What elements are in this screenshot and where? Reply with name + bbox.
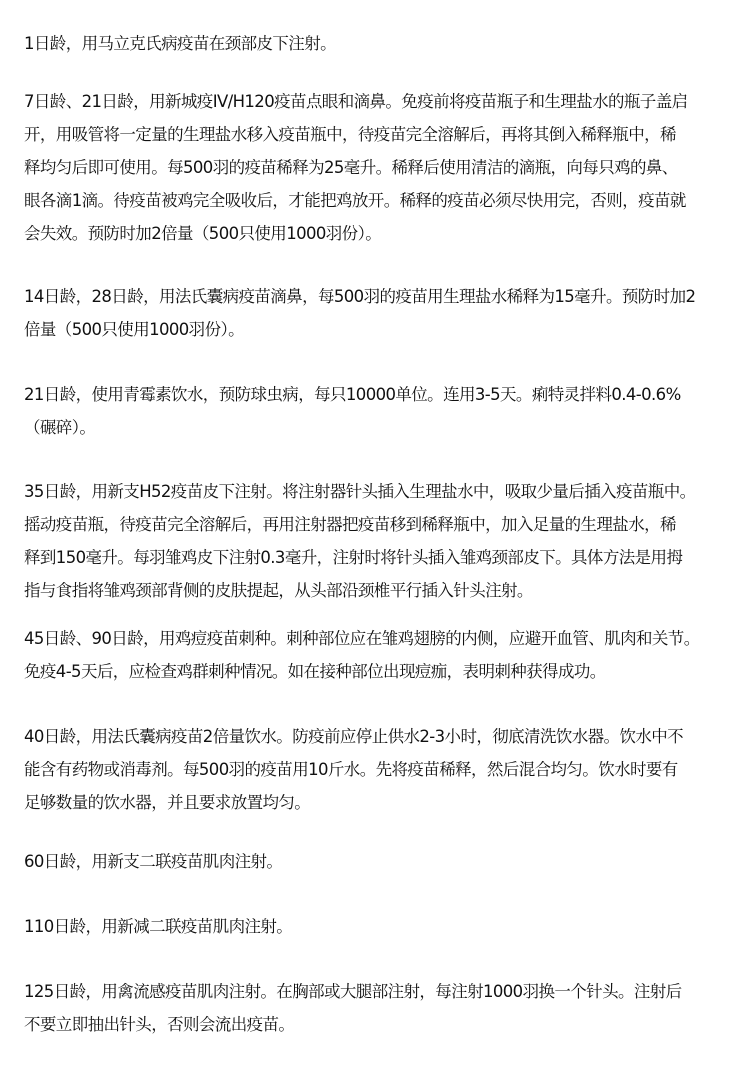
paragraph-day-14-28: 14日龄，28日龄，用法氏囊病疫苗滴鼻，每500羽的疫苗用生理盐水稀释为15毫升… (24, 280, 736, 346)
paragraph-day-60: 60日龄，用新支二联疫苗肌肉注射。 (24, 845, 736, 878)
paragraph-day-35: 35日龄，用新支H52疫苗皮下注射。将注射器针头插入生理盐水中，吸取少量后插入疫… (24, 475, 736, 607)
paragraph-day-21-penicillin: 21日龄，使用青霉素饮水，预防球虫病，每只10000单位。连用3-5天。痢特灵拌… (24, 378, 736, 444)
text-line: 足够数量的饮水器，并且要求放置均匀。 (24, 786, 736, 819)
paragraph-day-110: 110日龄，用新减二联疫苗肌肉注射。 (24, 910, 736, 943)
text-line: 21日龄，使用青霉素饮水，预防球虫病，每只10000单位。连用3-5天。痢特灵拌… (24, 378, 736, 411)
text-line: 40日龄，用法氏囊病疫苗2倍量饮水。防疫前应停止供水2-3小时，彻底清洗饮水器。… (24, 720, 736, 753)
text-line: 倍量（500只使用1000羽份）。 (24, 313, 736, 346)
text-line: 开，用吸管将一定量的生理盐水移入疫苗瓶中，待疫苗完全溶解后，再将其倒入稀释瓶中，… (24, 118, 736, 151)
text-line: 35日龄，用新支H52疫苗皮下注射。将注射器针头插入生理盐水中，吸取少量后插入疫… (24, 475, 736, 508)
text-line: 摇动疫苗瓶，待疫苗完全溶解后，再用注射器把疫苗移到稀释瓶中，加入足量的生理盐水，… (24, 508, 736, 541)
paragraph-day-45-90: 45日龄、90日龄，用鸡痘疫苗刺种。刺种部位应在雏鸡翅膀的内侧，应避开血管、肌肉… (24, 622, 736, 688)
text-line: （碾碎）。 (24, 411, 736, 444)
text-line: 45日龄、90日龄，用鸡痘疫苗刺种。刺种部位应在雏鸡翅膀的内侧，应避开血管、肌肉… (24, 622, 736, 655)
text-line: 14日龄，28日龄，用法氏囊病疫苗滴鼻，每500羽的疫苗用生理盐水稀释为15毫升… (24, 280, 736, 313)
text-line: 7日龄、21日龄，用新城疫IV/H120疫苗点眼和滴鼻。免疫前将疫苗瓶子和生理盐… (24, 85, 736, 118)
paragraph-day-7-21: 7日龄、21日龄，用新城疫IV/H120疫苗点眼和滴鼻。免疫前将疫苗瓶子和生理盐… (24, 85, 736, 250)
paragraph-day-1: 1日龄，用马立克氏病疫苗在颈部皮下注射。 (24, 27, 736, 60)
text-line: 125日龄，用禽流感疫苗肌肉注射。在胸部或大腿部注射，每注射1000羽换一个针头… (24, 975, 736, 1008)
paragraph-day-40: 40日龄，用法氏囊病疫苗2倍量饮水。防疫前应停止供水2-3小时，彻底清洗饮水器。… (24, 720, 736, 819)
text-line: 释均匀后即可使用。每500羽的疫苗稀释为25毫升。稀释后使用清洁的滴瓶，向每只鸡… (24, 151, 736, 184)
text-line: 不要立即抽出针头，否则会流出疫苗。 (24, 1008, 736, 1041)
text-line: 110日龄，用新减二联疫苗肌肉注射。 (24, 910, 736, 943)
text-line: 免疫4-5天后，应检查鸡群刺种情况。如在接种部位出现痘痂，表明刺种获得成功。 (24, 655, 736, 688)
text-line: 会失效。预防时加2倍量（500只使用1000羽份）。 (24, 217, 736, 250)
text-line: 眼各滴1滴。待疫苗被鸡完全吸收后，才能把鸡放开。稀释的疫苗必须尽快用完，否则，疫… (24, 184, 736, 217)
text-line: 60日龄，用新支二联疫苗肌肉注射。 (24, 845, 736, 878)
text-line: 释到150毫升。每羽雏鸡皮下注射0.3毫升，注射时将针头插入雏鸡颈部皮下。具体方… (24, 541, 736, 574)
text-line: 指与食指将雏鸡颈部背侧的皮肤提起，从头部沿颈椎平行插入针头注射。 (24, 574, 736, 607)
paragraph-day-125: 125日龄，用禽流感疫苗肌肉注射。在胸部或大腿部注射，每注射1000羽换一个针头… (24, 975, 736, 1041)
text-line: 1日龄，用马立克氏病疫苗在颈部皮下注射。 (24, 27, 736, 60)
text-line: 能含有药物或消毒剂。每500羽的疫苗用10斤水。先将疫苗稀释，然后混合均匀。饮水… (24, 753, 736, 786)
